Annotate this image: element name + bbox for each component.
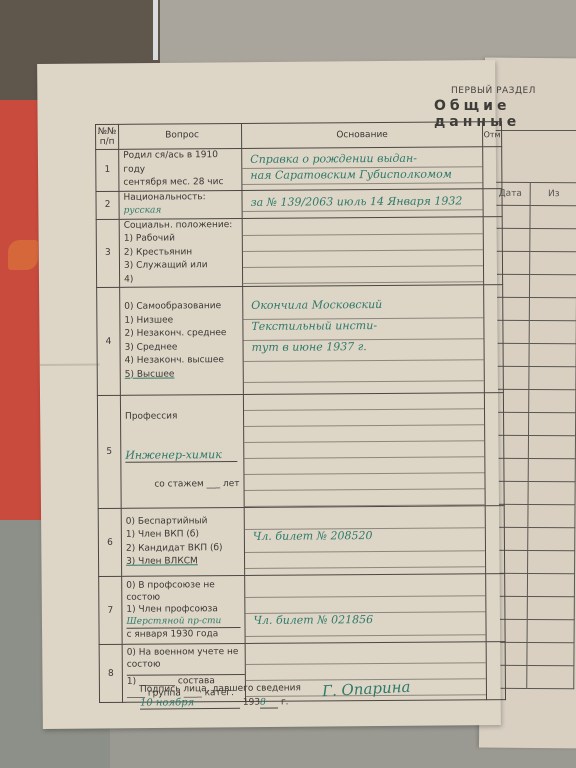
question-line: Профессия xyxy=(125,410,243,424)
question-line: с января 1930 года xyxy=(127,628,245,641)
date-handwritten: 10 ноября xyxy=(140,697,240,710)
basis-cell: Чл. билет № 021856 xyxy=(245,574,486,644)
other-cell xyxy=(483,147,502,189)
question-line: со стажем ___ лет xyxy=(125,478,243,492)
basis-line xyxy=(243,251,483,269)
question-nationality: Национальность: русская xyxy=(119,190,242,219)
basis-line xyxy=(244,457,484,475)
basis-cell: за № 139/2063 июль 14 Января 1932 xyxy=(242,188,483,218)
handwritten-value: русская xyxy=(124,204,242,218)
question-profession: Профессия Инженер-химик со стажем ___ ле… xyxy=(120,394,244,508)
question-line: 4) Незаконч. высшее xyxy=(125,354,243,368)
row-number: 3 xyxy=(96,219,119,288)
question-line: Национальность: xyxy=(123,190,241,204)
basis-line xyxy=(245,489,485,507)
question-line: Социальн. положение: xyxy=(124,218,242,232)
basis-line xyxy=(245,512,485,530)
question-line: 0) В профсоюзе не состою xyxy=(126,579,244,604)
basis-line: за № 139/2063 июль 14 Января 1932 xyxy=(243,194,483,212)
basis-line xyxy=(243,267,483,285)
basis-line xyxy=(245,551,485,569)
header-question: Вопрос xyxy=(119,123,242,149)
basis-line: Чл. билет № 021856 xyxy=(245,612,485,637)
basis-cell xyxy=(243,393,485,508)
question-education: 0) Самообразование 1) Низшее 2) Незаконч… xyxy=(120,286,244,395)
question-line: 1) Рабочий xyxy=(124,232,242,246)
question-line-selected: 5) Высшее xyxy=(125,367,243,381)
date-year-prefix: 193 xyxy=(243,698,260,708)
basis-line xyxy=(245,580,485,598)
basis-line xyxy=(244,409,484,427)
question-line: 1) Член ВКП (б) xyxy=(126,528,244,542)
question-line: 2) Кандидат ВКП (б) xyxy=(126,541,244,555)
row-number: 1 xyxy=(96,149,119,191)
other-cell xyxy=(485,506,504,574)
other-cell xyxy=(483,216,502,285)
basis-line: Текстильный инсти- xyxy=(243,318,483,341)
basis-cell: Окончила Московский Текстильный инсти- т… xyxy=(243,285,485,395)
signature-label: Подпись лица, давшего сведения xyxy=(140,683,301,694)
basis-line: Чл. билет № 208520 xyxy=(245,528,485,553)
basis-line: Окончила Московский xyxy=(243,297,483,320)
other-cell xyxy=(484,393,504,506)
other-cell xyxy=(486,574,505,642)
row-number: 2 xyxy=(96,191,119,219)
other-cell xyxy=(483,188,502,216)
header-num: №№ п/п xyxy=(96,124,119,149)
basis-line xyxy=(246,647,486,665)
question-line: 0) На военном учете не состою xyxy=(127,646,245,671)
question-social-status: Социальн. положение: 1) Рабочий 2) Крест… xyxy=(119,218,242,287)
basis-line xyxy=(246,663,486,681)
question-party: 0) Беспартийный 1) Член ВКП (б) 2) Канди… xyxy=(121,507,244,576)
date-suffix: г. xyxy=(281,697,289,707)
background-rod xyxy=(153,0,158,60)
basis-line xyxy=(245,596,485,614)
question-line: 1) Член профсоюза xyxy=(126,603,244,616)
row-number: 7 xyxy=(99,576,122,644)
question-union: 0) В профсоюзе не состою 1) Член профсою… xyxy=(122,575,245,644)
header-other: Отм xyxy=(482,122,501,147)
question-line: 4) xyxy=(124,272,242,286)
other-cell xyxy=(484,285,504,393)
question-birth: Родил ся/ась в 1910 году сентября мес. 2… xyxy=(119,148,242,190)
question-line: Родил ся/ась в 1910 году xyxy=(123,149,241,177)
table-row: 7 0) В профсоюзе не состою 1) Член профс… xyxy=(99,574,505,645)
question-line: 0) Самообразование xyxy=(124,300,242,314)
table-row: 5 Профессия Инженер-химик со стажем ___ … xyxy=(97,393,504,509)
handwritten-profession: Инженер-химик xyxy=(125,448,237,463)
handwritten-union: Шерстяной пр-сти xyxy=(126,615,240,629)
basis-line: тут в июне 1937 г. xyxy=(244,339,484,362)
date-year-digit: 8 xyxy=(260,697,278,708)
basis-cell: Справка о рождении выдан- ная Саратовски… xyxy=(242,147,483,190)
basis-line xyxy=(244,441,484,459)
table-row: 3 Социальн. положение: 1) Рабочий 2) Кре… xyxy=(96,216,502,287)
question-line: 3) Среднее xyxy=(125,340,243,354)
row-number: 6 xyxy=(98,508,121,576)
questionnaire-table: №№ п/п Вопрос Основание Отм 1 Родил ся/а… xyxy=(95,121,506,703)
basis-line xyxy=(244,425,484,443)
row-number: 8 xyxy=(99,644,122,702)
header-basis: Основание xyxy=(241,122,482,149)
basis-line xyxy=(244,473,484,491)
col-from: Из xyxy=(530,182,576,205)
question-line: 0) Беспартийный xyxy=(126,514,244,528)
basis-line: Справка о рождении выдан- xyxy=(242,152,482,170)
basis-cell xyxy=(242,216,483,286)
table-row: 1 Родил ся/ась в 1910 году сентября мес.… xyxy=(96,147,502,191)
table-row: 4 0) Самообразование 1) Низшее 2) Незако… xyxy=(97,285,504,396)
row-number: 4 xyxy=(97,287,121,395)
other-cell xyxy=(486,642,505,700)
basis-line xyxy=(244,393,484,411)
basis-line xyxy=(243,219,483,237)
basis-line xyxy=(244,360,484,383)
row-number: 5 xyxy=(97,395,121,508)
question-line: сентября мес. 28 чис xyxy=(123,176,241,190)
table-row: 6 0) Беспартийный 1) Член ВКП (б) 2) Кан… xyxy=(98,506,504,577)
question-line: 3) Служащий или xyxy=(124,259,242,273)
question-line: 1) Низшее xyxy=(124,313,242,327)
signature-date: 10 ноября 1938 г. xyxy=(140,696,289,709)
basis-line: ная Саратовским Губисполкомом xyxy=(242,168,482,186)
question-line: 2) Незаконч. среднее xyxy=(124,327,242,341)
basis-line xyxy=(243,235,483,253)
basis-cell: Чл. билет № 208520 xyxy=(244,506,485,576)
table-row: 2 Национальность: русская за № 139/2063 … xyxy=(96,188,502,219)
question-line-selected: 3) Член ВЛКСМ xyxy=(126,555,244,569)
section-label: ПЕРВЫЙ РАЗДЕЛ xyxy=(451,86,536,96)
question-line: 2) Крестьянин xyxy=(124,245,242,259)
